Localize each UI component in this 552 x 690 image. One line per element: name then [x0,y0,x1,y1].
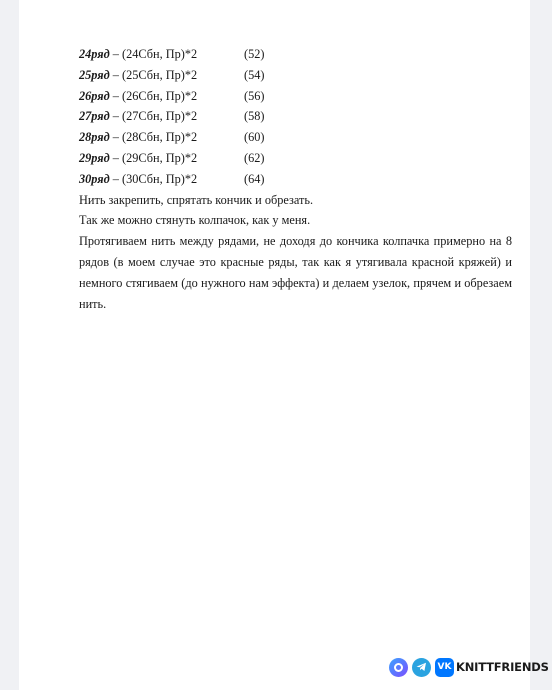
row-label: 25ряд [79,68,110,82]
row-24: 24ряд – (24Сбн, Пр)*2 (52) [79,44,512,65]
row-count: (58) [244,106,265,127]
vk-icon[interactable]: VK [435,658,454,677]
row-count: (54) [244,65,265,86]
row-label: 24ряд [79,47,110,61]
row-count: (56) [244,86,265,107]
max-messenger-icon[interactable] [389,658,408,677]
document-page: 24ряд – (24Сбн, Пр)*2 (52) 25ряд – (25Сб… [19,0,530,690]
row-26: 26ряд – (26Сбн, Пр)*2 (56) [79,86,512,107]
row-label: 29ряд [79,151,110,165]
row-formula: – (28Сбн, Пр)*2 [110,130,197,144]
row-formula: – (30Сбн, Пр)*2 [110,172,197,186]
row-label: 26ряд [79,89,110,103]
brand-name: KNITTFRIENDS [456,660,549,674]
row-29: 29ряд – (29Сбн, Пр)*2 (62) [79,148,512,169]
paragraph-instructions: Протягиваем нить между рядами, не доходя… [79,231,512,314]
row-formula: – (29Сбн, Пр)*2 [110,151,197,165]
watermark-footer: VK KNITTFRIENDS [389,656,549,678]
row-27: 27ряд – (27Сбн, Пр)*2 (58) [79,106,512,127]
paragraph-tighten: Так же можно стянуть колпачок, как у мен… [79,210,512,231]
row-count: (62) [244,148,265,169]
row-formula: – (26Сбн, Пр)*2 [110,89,197,103]
row-formula: – (24Сбн, Пр)*2 [110,47,197,61]
telegram-icon[interactable] [412,658,431,677]
row-25: 25ряд – (25Сбн, Пр)*2 (54) [79,65,512,86]
row-label: 30ряд [79,172,110,186]
row-count: (64) [244,169,265,190]
row-label: 27ряд [79,109,110,123]
row-28: 28ряд – (28Сбн, Пр)*2 (60) [79,127,512,148]
row-formula: – (27Сбн, Пр)*2 [110,109,197,123]
row-30: 30ряд – (30Сбн, Пр)*2 (64) [79,169,512,190]
row-label: 28ряд [79,130,110,144]
row-count: (60) [244,127,265,148]
paragraph-finish: Нить закрепить, спрятать кончик и обреза… [79,190,512,211]
row-formula: – (25Сбн, Пр)*2 [110,68,197,82]
pattern-content: 24ряд – (24Сбн, Пр)*2 (52) 25ряд – (25Сб… [79,44,512,314]
row-count: (52) [244,44,265,65]
